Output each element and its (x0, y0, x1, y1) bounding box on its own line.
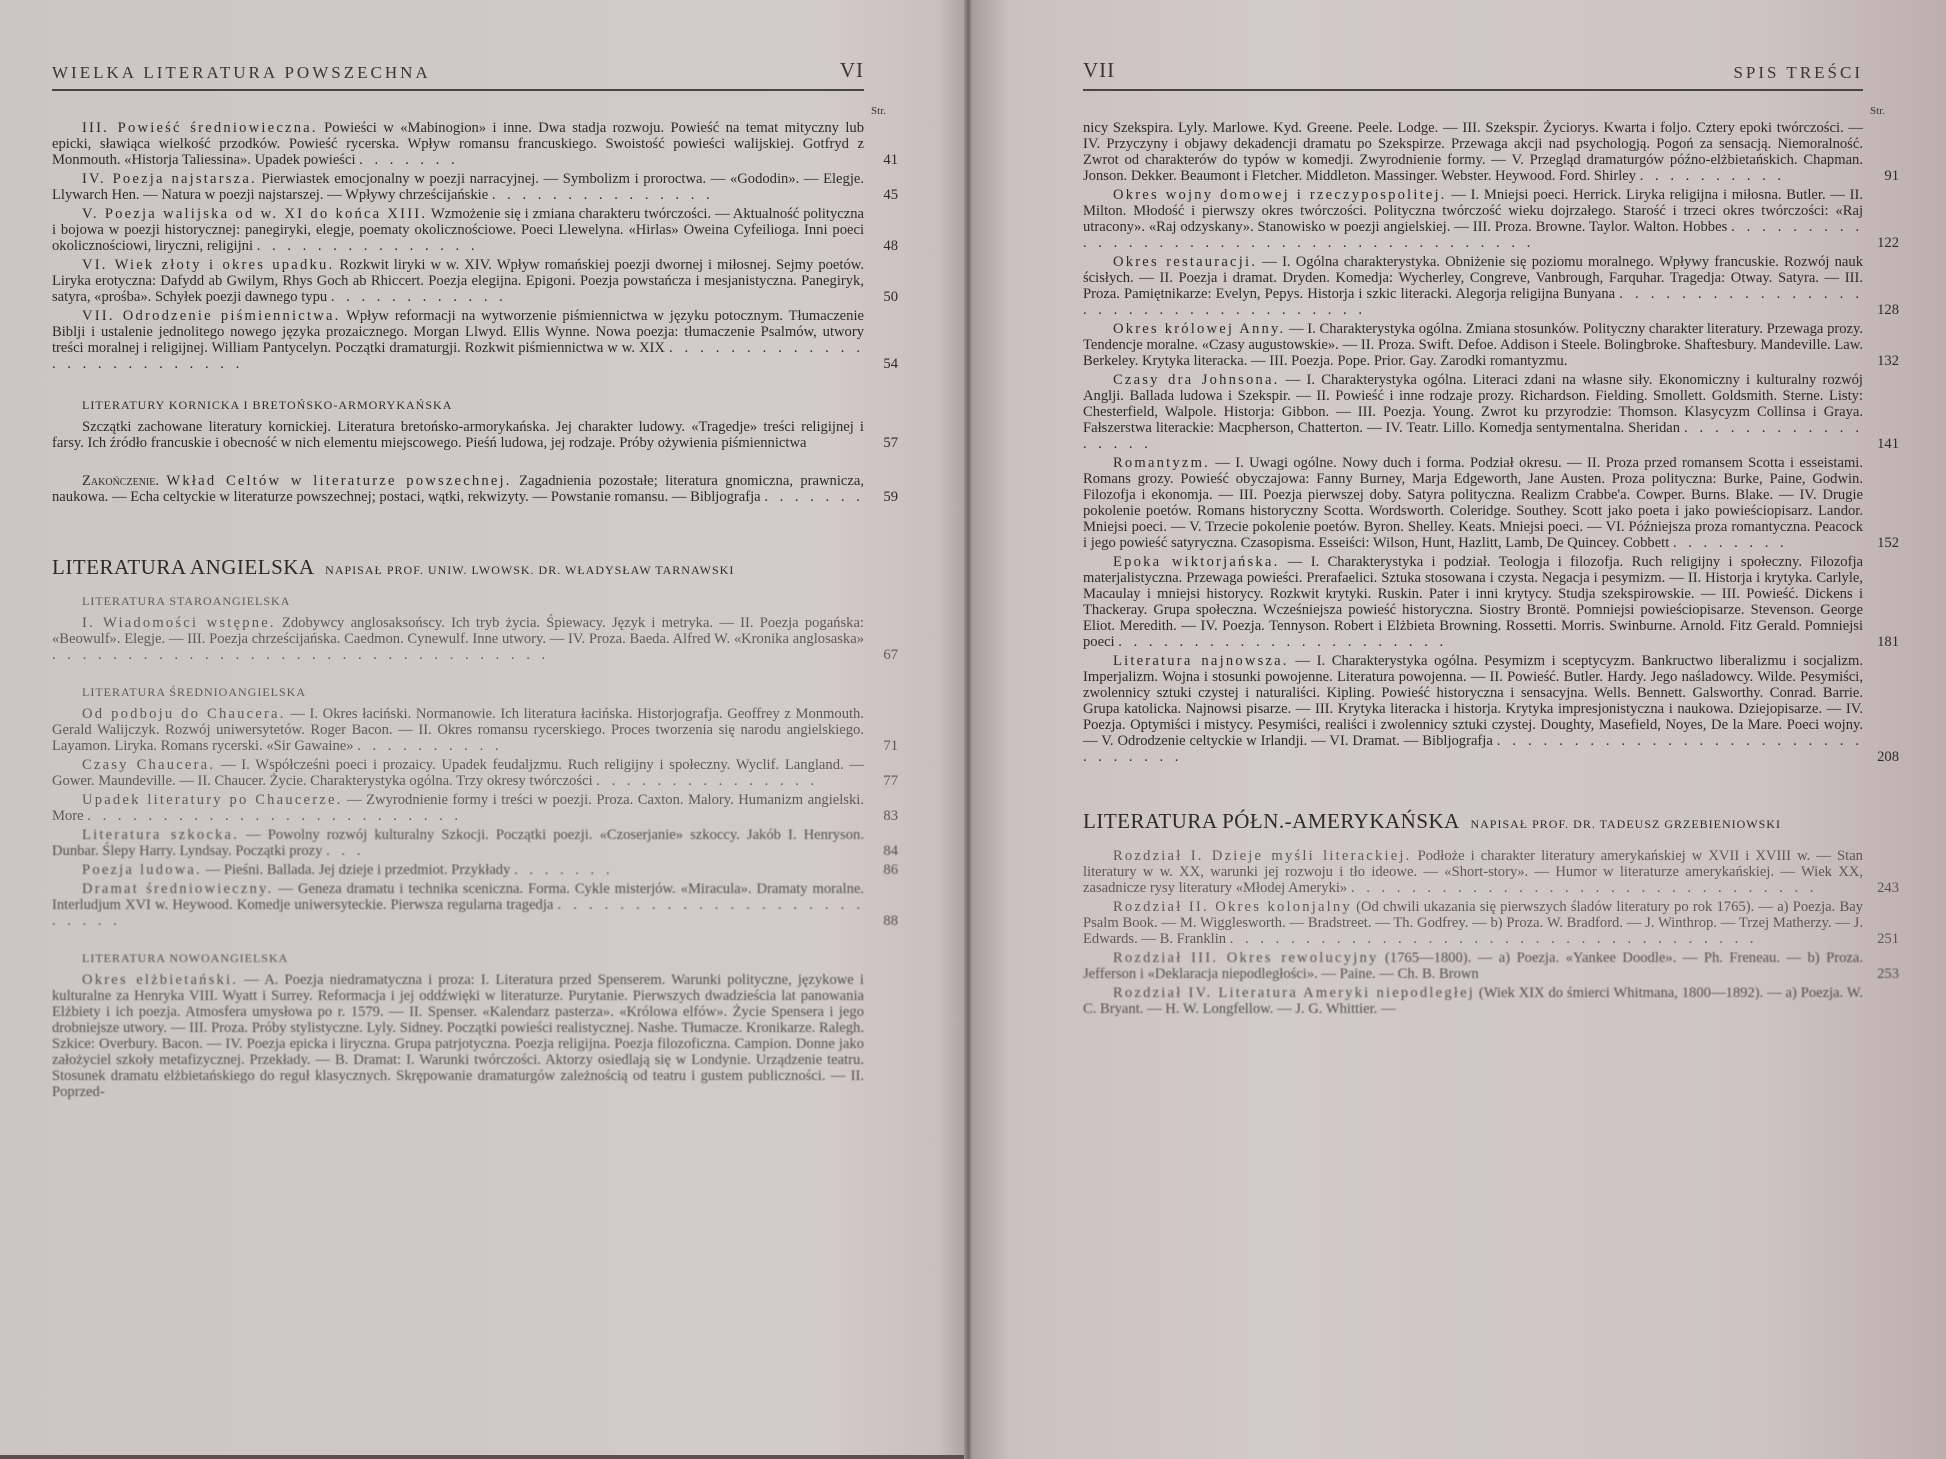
page-column-label: Str. (1083, 105, 1885, 117)
toc-entry: Zakończenie. Wkład Celtów w literaturze … (52, 473, 864, 505)
page-number: 41 (883, 152, 898, 168)
section-title: LITERATURA ANGIELSKA napisał Prof. Uniw.… (52, 555, 864, 580)
section-title: LITERATURA PÓŁN.-AMERYKAŃSKA napisał Pro… (1083, 809, 1863, 834)
toc-entry: IV. Poezja najstarsza. Pierwiastek emocj… (52, 171, 864, 203)
toc-entry: Czasy Chaucera. — I. Współcześni poeci i… (52, 757, 864, 789)
page-number: 152 (1877, 535, 1899, 551)
toc-entry: Poezja ludowa. — Pieśni. Ballada. Jej dz… (52, 862, 864, 878)
toc-entry: Okres restauracji. — I. Ogólna charakter… (1083, 254, 1863, 318)
left-page: WIELKA LITERATURA POWSZECHNA VI Str. III… (0, 0, 968, 1459)
page-number: 50 (883, 289, 898, 305)
toc-entry: I. Wiadomości wstępne. Zdobywcy anglosak… (52, 615, 864, 663)
toc-entry: Okres królowej Anny. — I. Charakterystyk… (1083, 321, 1863, 369)
toc-entry: Czasy dra Johnsona. — I. Charakterystyka… (1083, 372, 1863, 452)
page-number: 57 (883, 435, 898, 451)
page-number: 88 (883, 913, 898, 929)
book-title: WIELKA LITERATURA POWSZECHNA (52, 63, 431, 83)
toc-entry: Rozdział III. Okres rewolucyjny (1765—18… (1083, 950, 1863, 982)
page-number: 128 (1877, 302, 1899, 318)
right-page: VII SPIS TREŚCI Str. nicy Szekspira. Lyl… (972, 0, 1946, 1459)
page-folio: VII (1083, 58, 1115, 83)
page-number: 141 (1877, 436, 1899, 452)
toc-entry: Literatura szkocka. — Powolny rozwój kul… (52, 827, 864, 859)
page-number: 253 (1877, 966, 1899, 982)
toc-entry: Dramat średniowieczny. — Geneza dramatu … (52, 881, 864, 929)
page-bottom-edge (0, 1455, 968, 1459)
toc-entry: Od podboju do Chaucera. — I. Okres łaciń… (52, 706, 864, 754)
running-head-left: WIELKA LITERATURA POWSZECHNA VI (52, 58, 864, 91)
page-number: 71 (883, 738, 898, 754)
page-folio: VI (840, 58, 864, 83)
contents-title: SPIS TREŚCI (1733, 63, 1863, 83)
subsection-heading: Literatura średnioangielska (82, 685, 864, 700)
toc-entry: VII. Odrodzenie piśmiennictwa. Wpływ ref… (52, 308, 864, 372)
page-column-label: Str. (52, 105, 886, 117)
page-number: 83 (883, 808, 898, 824)
toc-entry: V. Poezja walijska od w. XI do końca XII… (52, 206, 864, 254)
book-spread: WIELKA LITERATURA POWSZECHNA VI Str. III… (0, 0, 1946, 1459)
toc-entry: Rozdział I. Dzieje myśli literackiej. Po… (1083, 848, 1863, 896)
page-number: 45 (883, 187, 898, 203)
section-author: napisał Prof. Uniw. Lwowsk. Dr. Władysła… (325, 563, 734, 577)
toc-entry: Literatura najnowsza. — I. Charakterysty… (1083, 653, 1863, 765)
page-number: 84 (883, 843, 898, 859)
page-number: 86 (883, 862, 898, 878)
toc-entry: III. Powieść średniowieczna. Powieści w … (52, 120, 864, 168)
subsection-heading: Literatury kornicka i bretońsko-armoryka… (82, 398, 864, 413)
page-number: 122 (1877, 235, 1899, 251)
subsection-heading: Literatura nowoangielska (82, 951, 864, 966)
page-number: 208 (1877, 749, 1899, 765)
page-number: 181 (1877, 634, 1899, 650)
page-number: 91 (1884, 168, 1899, 184)
subsection-heading: Literatura staroangielska (82, 594, 864, 609)
page-number: 251 (1877, 931, 1899, 947)
running-head-right: VII SPIS TREŚCI (1083, 58, 1863, 91)
toc-entry: Epoka wiktorjańska. — I. Charakterystyka… (1083, 554, 1863, 650)
toc-entry: nicy Szekspira. Lyly. Marlowe. Kyd. Gree… (1083, 120, 1863, 184)
toc-entry: Rozdział II. Okres kolonjalny (Od chwili… (1083, 899, 1863, 947)
page-number: 67 (883, 647, 898, 663)
toc-entry: Okres elżbietański. — A. Poezja niedrama… (52, 972, 864, 1100)
toc-entry: Upadek literatury po Chaucerze. — Zwyrod… (52, 792, 864, 824)
page-number: 48 (883, 238, 898, 254)
toc-entry: VI. Wiek złoty i okres upadku. Rozkwit l… (52, 257, 864, 305)
toc-entry: Rozdział IV. Literatura Ameryki niepodle… (1083, 985, 1863, 1017)
page-number: 54 (883, 356, 898, 372)
section-author: napisał Prof. Dr. Tadeusz Grzebieniowski (1470, 817, 1781, 831)
page-number: 243 (1877, 880, 1899, 896)
page-number: 77 (883, 773, 898, 789)
page-number: 59 (883, 489, 898, 505)
toc-entry: Romantyzm. — I. Uwagi ogólne. Nowy duch … (1083, 455, 1863, 551)
toc-entry: Okres wojny domowej i rzeczypospolitej. … (1083, 187, 1863, 251)
page-number: 132 (1877, 353, 1899, 369)
toc-entry: Szczątki zachowane literatury kornickiej… (52, 419, 864, 451)
